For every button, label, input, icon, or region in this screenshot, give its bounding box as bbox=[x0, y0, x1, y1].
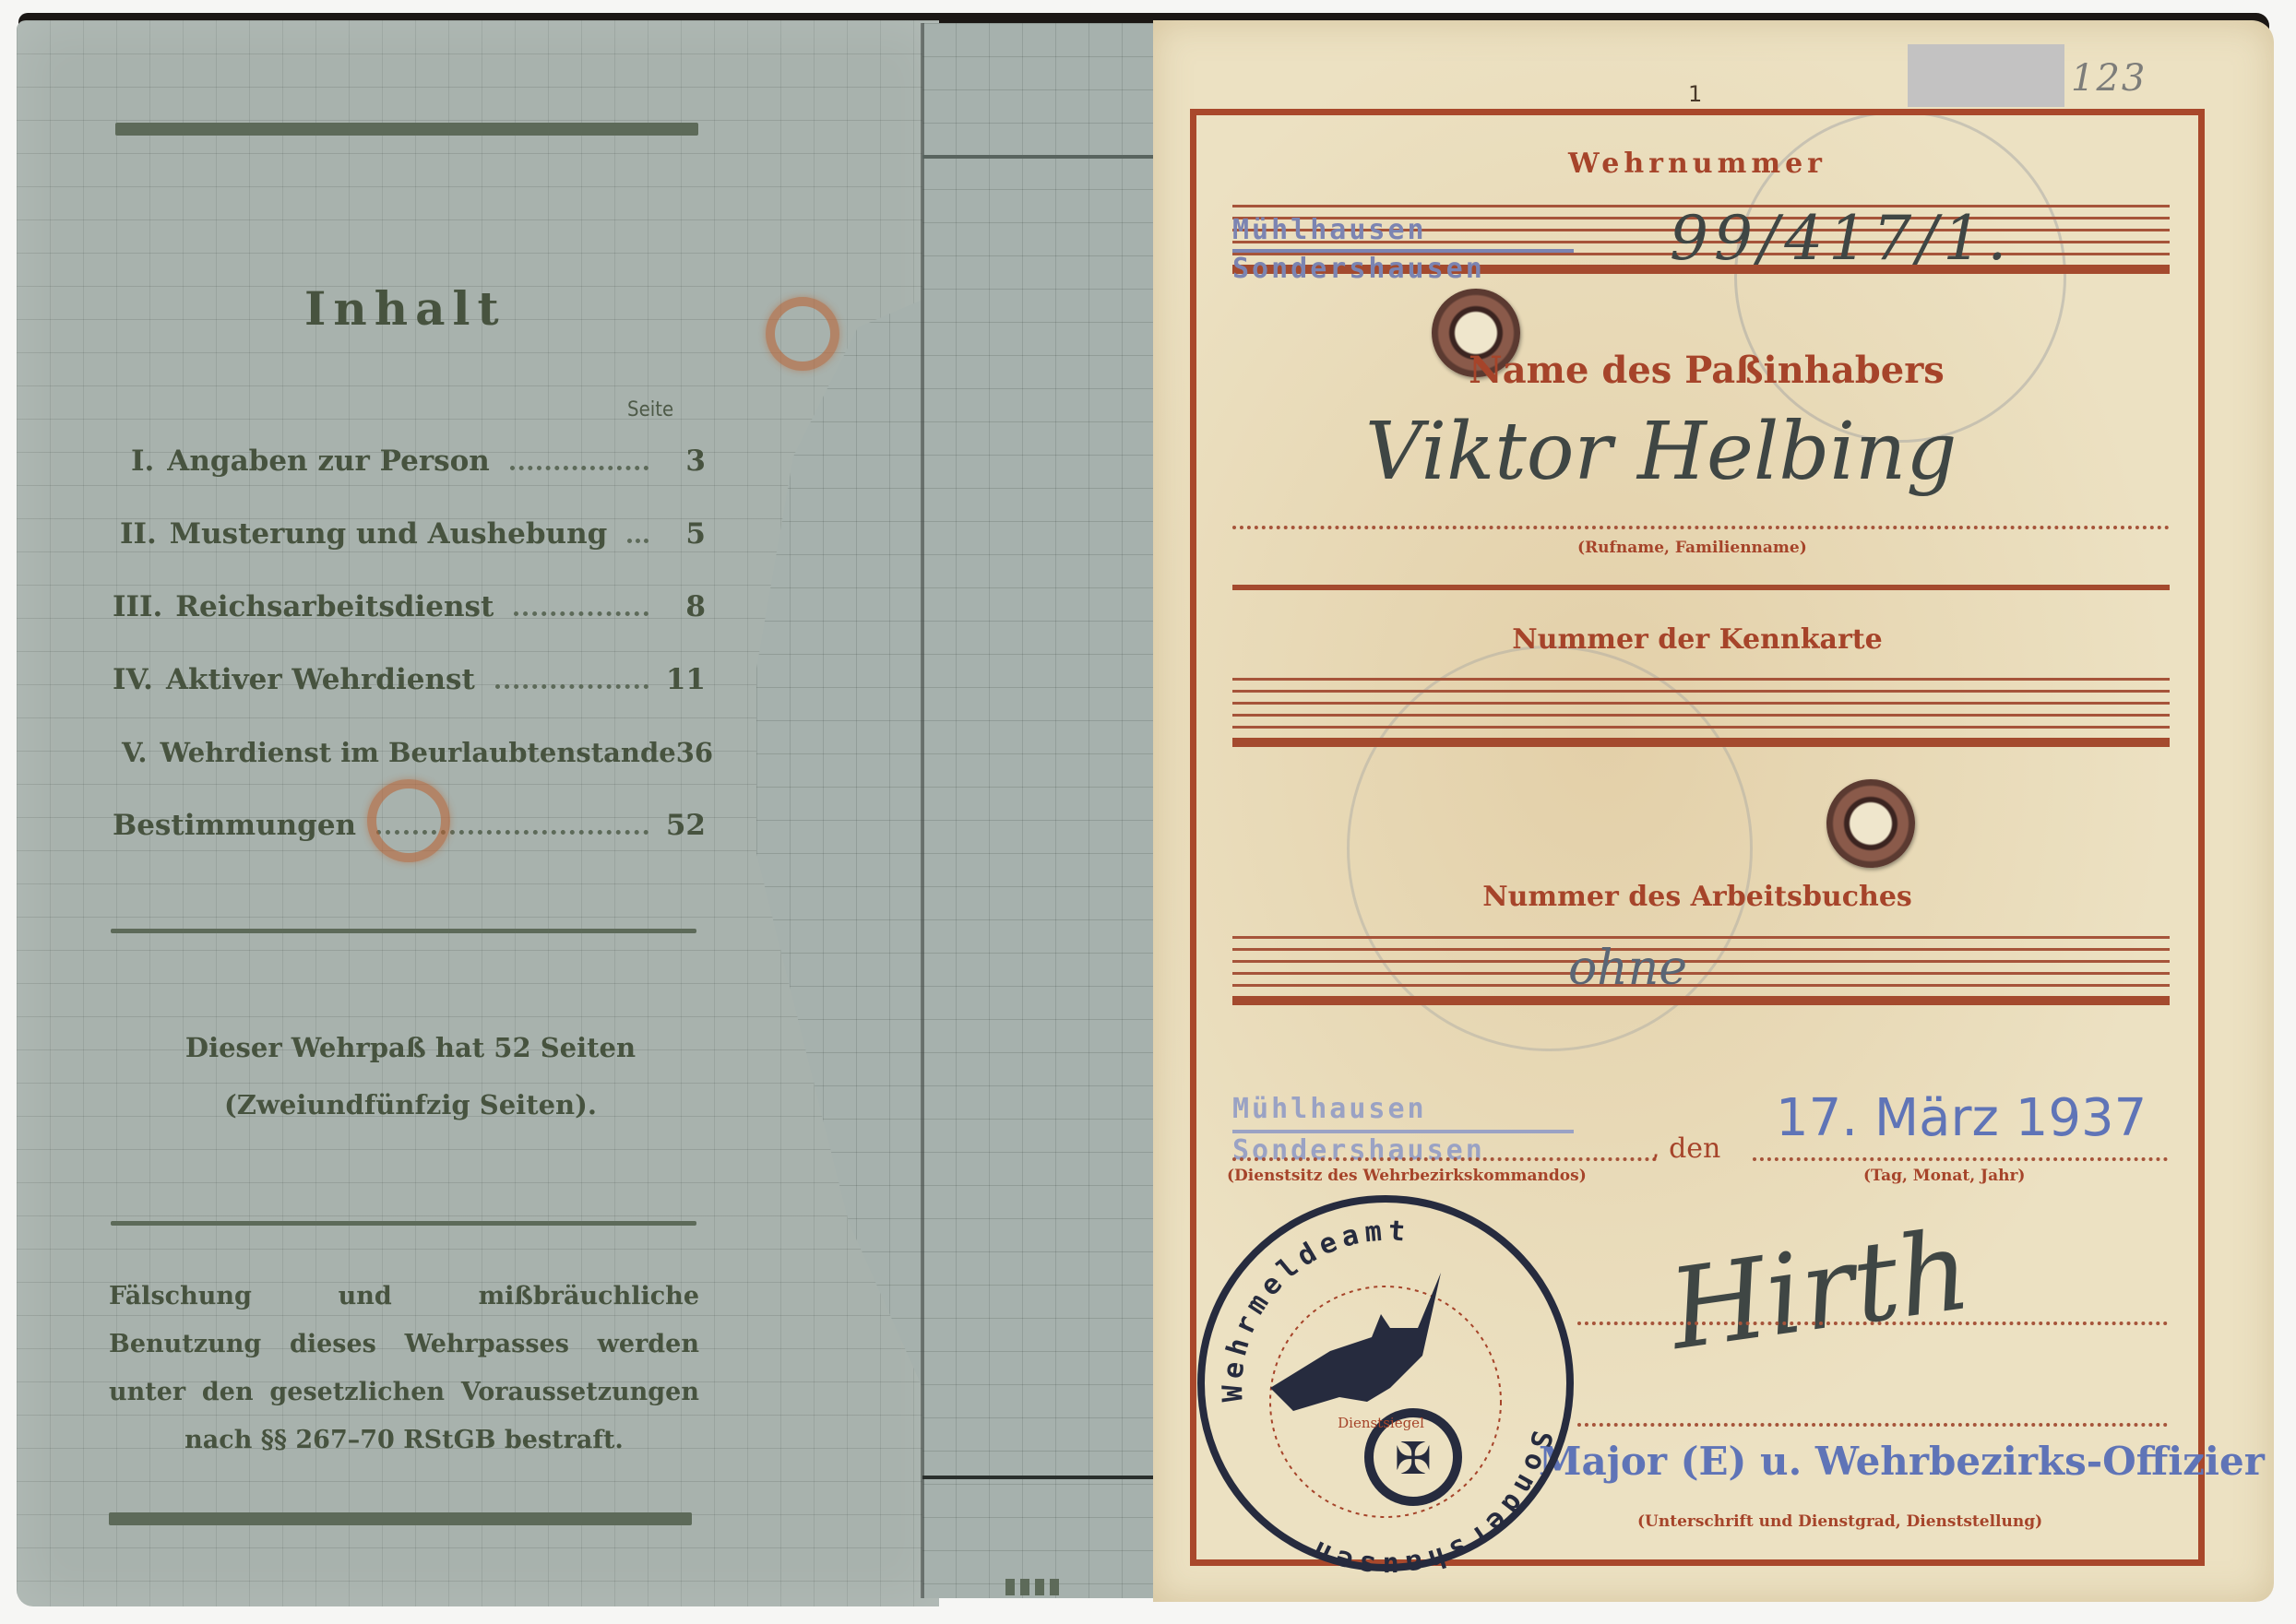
wehrnummer-stamp-line1: Mühlhausen bbox=[1232, 214, 1427, 246]
leader-dots bbox=[495, 684, 648, 689]
page-number: 1 bbox=[1688, 81, 1702, 107]
inhalt-title: Inhalt bbox=[304, 281, 506, 336]
wehrnummer-stamp-line2: Sondershausen bbox=[1232, 253, 1485, 285]
signature-dotted-line bbox=[1577, 1423, 2168, 1427]
toc-row: III. Reichsarbeitsdienst 8 bbox=[92, 570, 706, 643]
toc-page: 52 bbox=[665, 809, 706, 842]
bottom-rule bbox=[109, 1512, 692, 1525]
svg-text:✠: ✠ bbox=[1395, 1433, 1432, 1485]
divider-rule bbox=[111, 1221, 696, 1226]
toc-num: II. bbox=[120, 517, 157, 551]
crease bbox=[922, 155, 1153, 159]
crease bbox=[922, 1476, 1153, 1479]
arbeitsbuch-heading: Nummer des Arbeitsbuches bbox=[1467, 881, 1928, 913]
leader-dots bbox=[514, 611, 648, 616]
toc-page: 5 bbox=[665, 517, 706, 551]
date-caption: (Tag, Monat, Jahr) bbox=[1863, 1167, 2025, 1185]
top-rule bbox=[115, 123, 698, 136]
toc-row: II. Musterung und Aushebung 5 bbox=[92, 497, 706, 570]
toc-label: Wehrdienst im Beurlaubtenstande bbox=[161, 737, 676, 768]
rank-stamp: Major (E) u. Wehrbezirks-Offizier bbox=[1539, 1439, 2265, 1484]
rust-stain bbox=[367, 779, 450, 862]
toc-label: Angaben zur Person bbox=[167, 445, 490, 478]
signature-dotted-line bbox=[1577, 1322, 2168, 1325]
forgery-warning: Fälschung und mißbräuchliche Benutzung d… bbox=[109, 1273, 699, 1464]
place-caption: (Dienstsitz des Wehrbezirkskommandos) bbox=[1227, 1167, 1587, 1185]
wehrnummer-value: 99/417/1. bbox=[1670, 203, 2012, 274]
page-count-line1: Dieser Wehrpaß hat 52 Seiten bbox=[111, 1019, 710, 1076]
toc-page: 3 bbox=[665, 445, 706, 478]
toc-num: III. bbox=[113, 590, 162, 623]
kennkarte-heading: Nummer der Kennkarte bbox=[1494, 623, 1900, 656]
toc-row: V. Wehrdienst im Beurlaubtenstande 36 bbox=[92, 716, 706, 788]
section-rule bbox=[1232, 585, 2170, 590]
page-count-line2: (Zweiundfünfzig Seiten). bbox=[111, 1076, 710, 1133]
leader-dots bbox=[627, 539, 648, 543]
place-dotted-line bbox=[1232, 1157, 1657, 1161]
svg-text:Dienstsiegel: Dienstsiegel bbox=[1338, 1415, 1424, 1431]
toc-num: IV. bbox=[113, 663, 153, 696]
fold-line bbox=[921, 23, 924, 1598]
name-heading: Name des Paßinhabers bbox=[1439, 349, 1974, 392]
redaction-box bbox=[1908, 44, 2064, 107]
toc-num: I. bbox=[131, 445, 154, 478]
toc-label: Musterung und Aushebung bbox=[170, 517, 608, 551]
wehrnummer-heading: Wehrnummer bbox=[1513, 148, 1882, 180]
seite-column-label: Seite bbox=[627, 398, 673, 421]
kennkarte-lines bbox=[1232, 678, 2170, 747]
stamp-underline bbox=[1232, 1130, 1574, 1133]
toc-num: V. bbox=[122, 737, 148, 768]
rust-stain bbox=[766, 297, 839, 371]
wehrmeldeamt-seal-icon: Wehrmeldeamt Sondershausen ✠ Dienstsiege… bbox=[1192, 1190, 1579, 1577]
name-dotted-line bbox=[1232, 526, 2170, 529]
arbeitsbuch-value: ohne bbox=[1568, 941, 1687, 996]
date-dotted-line bbox=[1753, 1157, 2168, 1161]
place-stamp-line1: Mühlhausen bbox=[1232, 1093, 1427, 1125]
pencil-annotation: 123 bbox=[2071, 57, 2147, 100]
date-value: 17. März 1937 bbox=[1776, 1088, 2147, 1148]
leader-dots bbox=[510, 466, 648, 470]
toc-page: 8 bbox=[665, 590, 706, 623]
name-value: Viktor Helbing bbox=[1365, 406, 1957, 498]
signature-caption: (Unterschrift und Dienstgrad, Dienststel… bbox=[1637, 1512, 2042, 1531]
divider-rule bbox=[111, 929, 696, 933]
toc-label: Reichsarbeitsdienst bbox=[175, 590, 494, 623]
toc-row: IV. Aktiver Wehrdienst 11 bbox=[92, 643, 706, 716]
toc-label: Bestimmungen bbox=[113, 809, 356, 842]
arbeitsbuch-lines bbox=[1232, 936, 2170, 1005]
toc-label: Aktiver Wehrdienst bbox=[166, 663, 475, 696]
place-stamp-line2: Sondershausen bbox=[1232, 1134, 1485, 1167]
toc-row: I. Angaben zur Person 3 bbox=[92, 424, 706, 497]
printer-marks bbox=[1005, 1579, 1059, 1595]
eyelet-rivet bbox=[1826, 779, 1915, 868]
den-label: , den bbox=[1651, 1132, 1720, 1165]
scanned-document: Inhalt Seite I. Angaben zur Person 3 II.… bbox=[0, 0, 2296, 1624]
toc-page: 36 bbox=[676, 737, 713, 768]
toc-page: 11 bbox=[665, 663, 706, 696]
name-caption: (Rufname, Familienname) bbox=[1577, 539, 1807, 557]
